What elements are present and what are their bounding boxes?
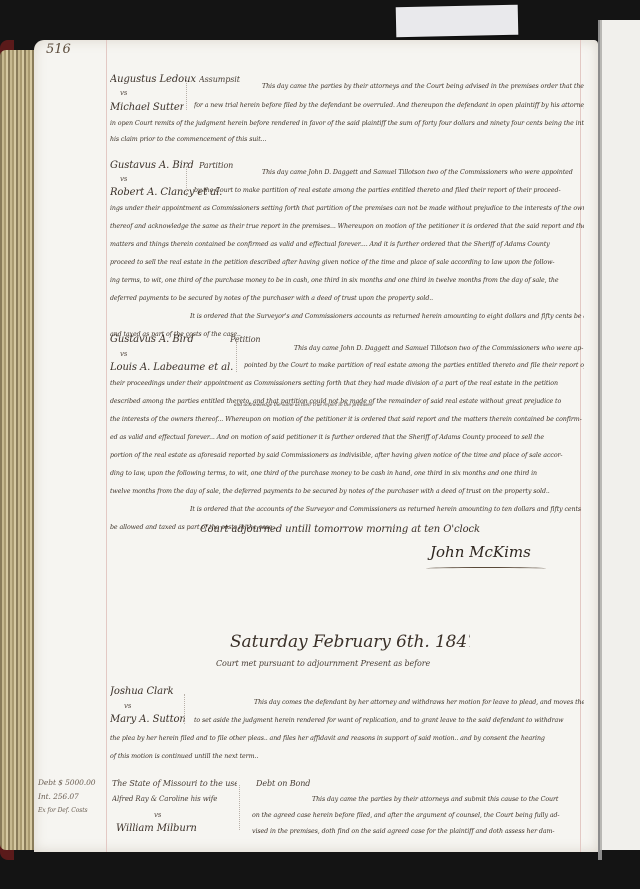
entry-1-line: his claim prior to the commencement of t… [110, 130, 584, 149]
session-date-heading: Saturday February 6th. 1847. [230, 630, 470, 654]
entry-2-line: thereof and acknowledge the same as thei… [110, 217, 584, 236]
entry-2-line: This day came John D. Daggett and Samuel… [262, 163, 584, 182]
ledger-page: 516 Augustus Ledoux Assumpsit vs Michael… [34, 40, 598, 852]
entry-2-line: ings under their appointment as Commissi… [110, 199, 584, 218]
entry-4-line: the plea by her herein filed and to file… [110, 729, 584, 748]
entry-5-defendant: William Milburn [116, 819, 236, 838]
entry-5-line: vised in the premises, doth find on the … [252, 822, 584, 841]
page-number: 516 [46, 42, 71, 57]
left-margin-rule [106, 40, 107, 852]
entry-1-line: for a new trial herein before filed by t… [194, 96, 584, 115]
entry-5-plaintiff-2: Alfred Ray & Caroline his wife [112, 790, 237, 809]
entry-2-line: matters and things therein contained be … [110, 235, 584, 254]
entry-2-line: It is ordered that the Surveyor's and Co… [190, 307, 584, 326]
interlinear-note: and acknowledge the same as their true r… [234, 402, 434, 410]
paper-tab-slip [396, 5, 519, 38]
entry-3-line: It is ordered that the accounts of the S… [190, 500, 584, 519]
entry-4-line: This day comes the defendant by her atto… [254, 693, 584, 712]
entry-3-line: portion of the real estate as aforesaid … [110, 446, 584, 465]
adjournment-text: Court adjourned untill tomorrow morning … [200, 520, 500, 539]
entry-3-line: twelve months from the day of sale, the … [110, 482, 584, 501]
entry-2-line: by the Court to make partition of real e… [194, 181, 584, 200]
judge-signature: John McKims [430, 543, 531, 561]
entry-3-line: ding to law, upon the following terms, t… [110, 464, 584, 483]
margin-note-debt: Debt $ 5000.00 [38, 776, 106, 790]
entry-4-line: to set aside the judgment herein rendere… [194, 711, 584, 730]
entry-4-plaintiff: Joshua Clark [110, 682, 174, 701]
entry-3-line: their proceedings under their appointmen… [110, 374, 584, 393]
facing-page [600, 20, 640, 850]
entry-2-line: ing terms, to wit, one third of the purc… [110, 271, 584, 290]
entry-3-line: pointed by the Court to make partition o… [244, 356, 584, 375]
brace-mark [239, 785, 250, 830]
entry-4-line: of this motion is continued untill the n… [110, 747, 584, 766]
session-subheading: Court met pursuant to adjournment Presen… [216, 654, 516, 673]
entry-5-action: Debt on Bond [256, 774, 310, 793]
entry-4-defendant: Mary A. Sutton [110, 710, 186, 729]
margin-note-interest: Int. 256.07 [38, 790, 106, 804]
entry-2-line: proceed to sell the real estate in the p… [110, 253, 584, 272]
entry-2-action: Partition [199, 156, 233, 175]
entry-3-line: ed as valid and effectual forever... And… [110, 428, 584, 447]
entry-2-line: deferred payments to be secured by notes… [110, 289, 584, 308]
margin-note-execution: Ex for Def. Costs [38, 804, 106, 818]
entry-1-action: Assumpsit [199, 70, 240, 89]
entry-3-line: the interests of the owners thereof... W… [110, 410, 584, 429]
entry-1-line: This day came the parties by their attor… [262, 77, 584, 96]
signature-flourish [426, 567, 546, 570]
